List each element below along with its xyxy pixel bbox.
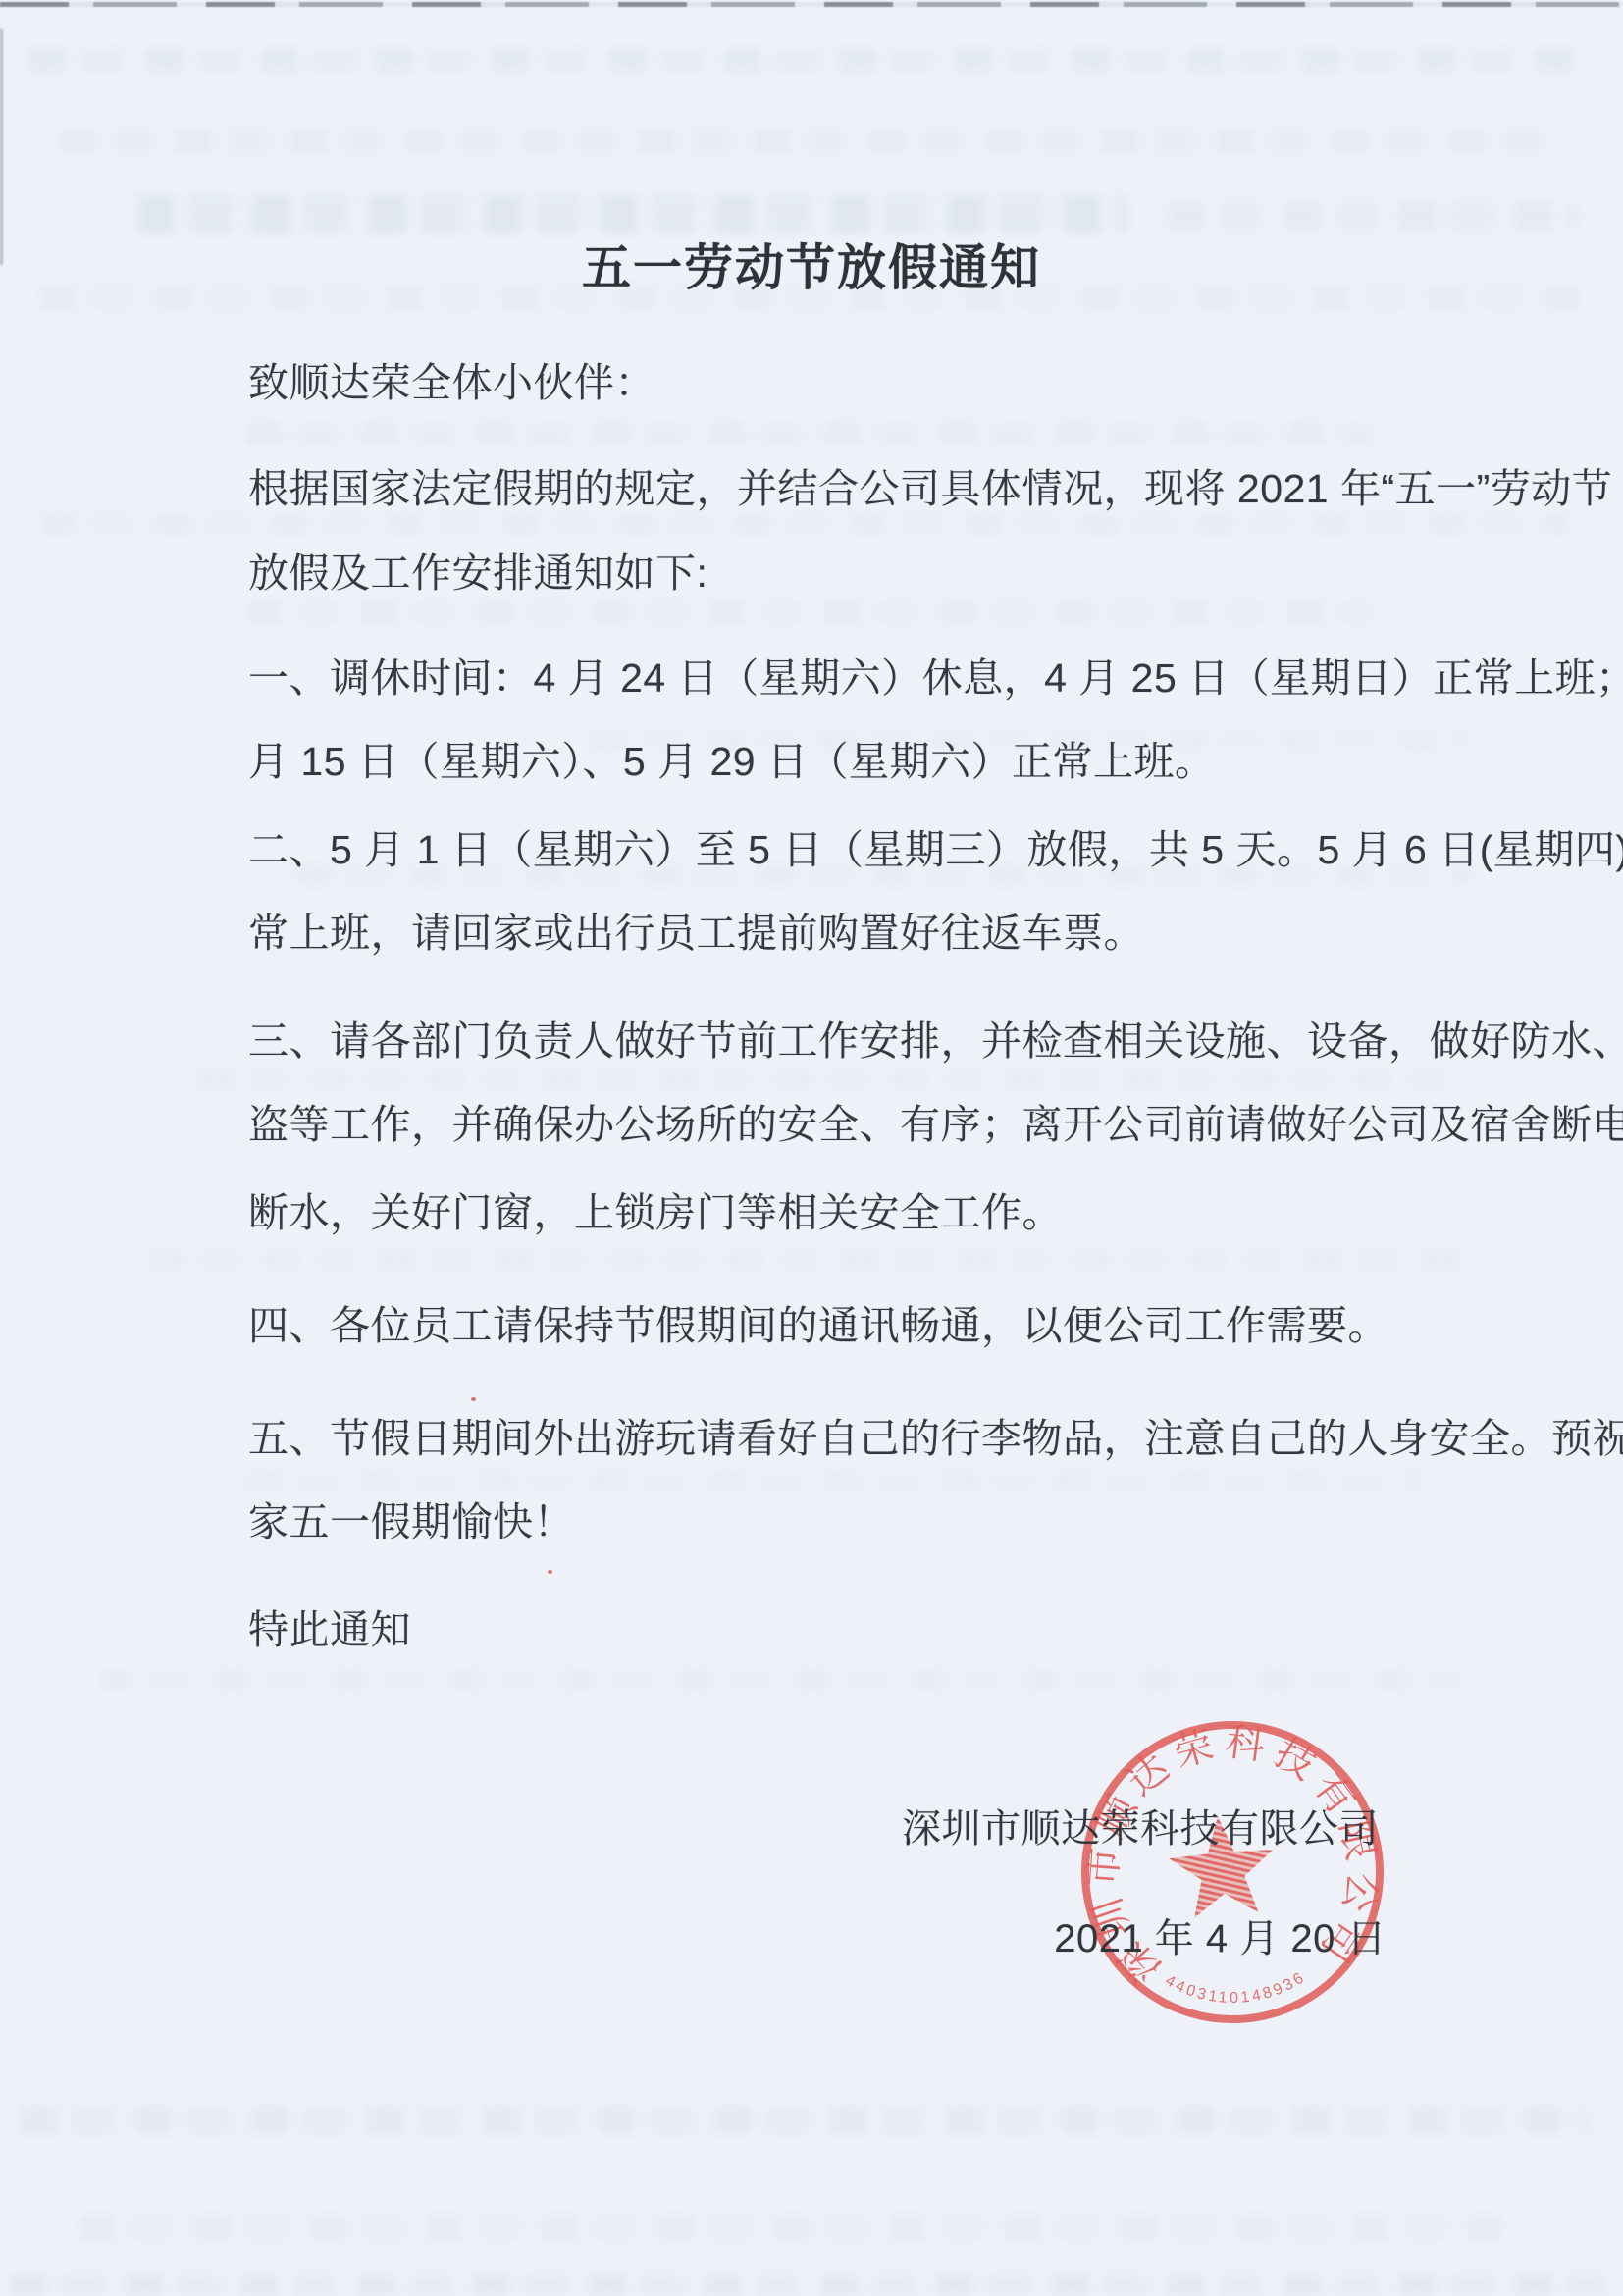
scan-smudge bbox=[245, 1470, 1423, 1493]
red-dust-speck bbox=[471, 1397, 476, 1401]
scan-smudge bbox=[59, 130, 1550, 153]
salutation: 致顺达荣全体小伙伴： bbox=[248, 359, 655, 406]
scan-smudge bbox=[245, 422, 1374, 445]
item1-line-2: 月 15 日（星期六）、5 月 29 日（星期六）正常上班。 bbox=[248, 738, 1215, 785]
scan-smudge bbox=[20, 2106, 1590, 2135]
item1-line-1: 一、调休时间：4 月 24 日（星期六）休息，4 月 25 日（星期日）正常上班… bbox=[248, 654, 1623, 702]
scanned-notice-page: 五一劳动节放假通知 致顺达荣全体小伙伴： 根据国家法定假期的规定，并结合公司具体… bbox=[0, 0, 1623, 2296]
page-title: 五一劳动节放假通知 bbox=[0, 241, 1623, 295]
intro-line-1: 根据国家法定假期的规定，并结合公司具体情况，现将 2021 年“五一”劳动节 bbox=[248, 465, 1612, 512]
scan-smudge bbox=[147, 1248, 1472, 1272]
top-scan-edge bbox=[0, 2, 1623, 7]
item3-line-2: 盗等工作，并确保办公场所的安全、有序；离开公司前请做好公司及宿舍断电、 bbox=[248, 1101, 1623, 1148]
item4-line: 四、各位员工请保持节假期间的通讯畅通，以便公司工作需要。 bbox=[248, 1302, 1388, 1349]
intro-line-2: 放假及工作安排通知如下: bbox=[248, 549, 707, 597]
item5-line-1: 五、节假日期间外出游玩请看好自己的行李物品，注意自己的人身安全。预祝大 bbox=[248, 1415, 1623, 1462]
signature-date: 2021 年 4 月 20 日 bbox=[1054, 1907, 1387, 1963]
item2-line-1: 二、5 月 1 日（星期六）至 5 日（星期三）放假，共 5 天。5 月 6 日… bbox=[248, 826, 1623, 873]
item3-line-1: 三、请各部门负责人做好节前工作安排，并检查相关设施、设备，做好防水、防 bbox=[248, 1018, 1623, 1065]
item5-line-2: 家五一假期愉快！ bbox=[248, 1498, 574, 1545]
company-seal-stamp: 深圳市顺达荣科技有限公司 4403110148936 bbox=[1075, 1715, 1389, 2029]
scan-smudge bbox=[29, 47, 1590, 73]
scan-smudge bbox=[39, 512, 1570, 536]
scan-smudge bbox=[10, 2274, 1609, 2296]
scan-smudge bbox=[245, 600, 1374, 624]
scan-smudge bbox=[137, 194, 1128, 234]
red-dust-speck bbox=[548, 1570, 552, 1574]
item3-line-3: 断水，关好门窗，上锁房门等相关安全工作。 bbox=[248, 1189, 1063, 1236]
scan-smudge bbox=[1168, 201, 1580, 231]
item2-line-2: 常上班，请回家或出行员工提前购置好往返车票。 bbox=[248, 910, 1144, 957]
scan-smudge bbox=[196, 1068, 1472, 1091]
left-scan-edge bbox=[0, 29, 3, 265]
scan-smudge bbox=[98, 1668, 1472, 1692]
closing-note: 特此通知 bbox=[248, 1606, 411, 1653]
scan-smudge bbox=[79, 2214, 1501, 2241]
signature-company: 深圳市顺达荣科技有限公司 bbox=[902, 1798, 1379, 1853]
